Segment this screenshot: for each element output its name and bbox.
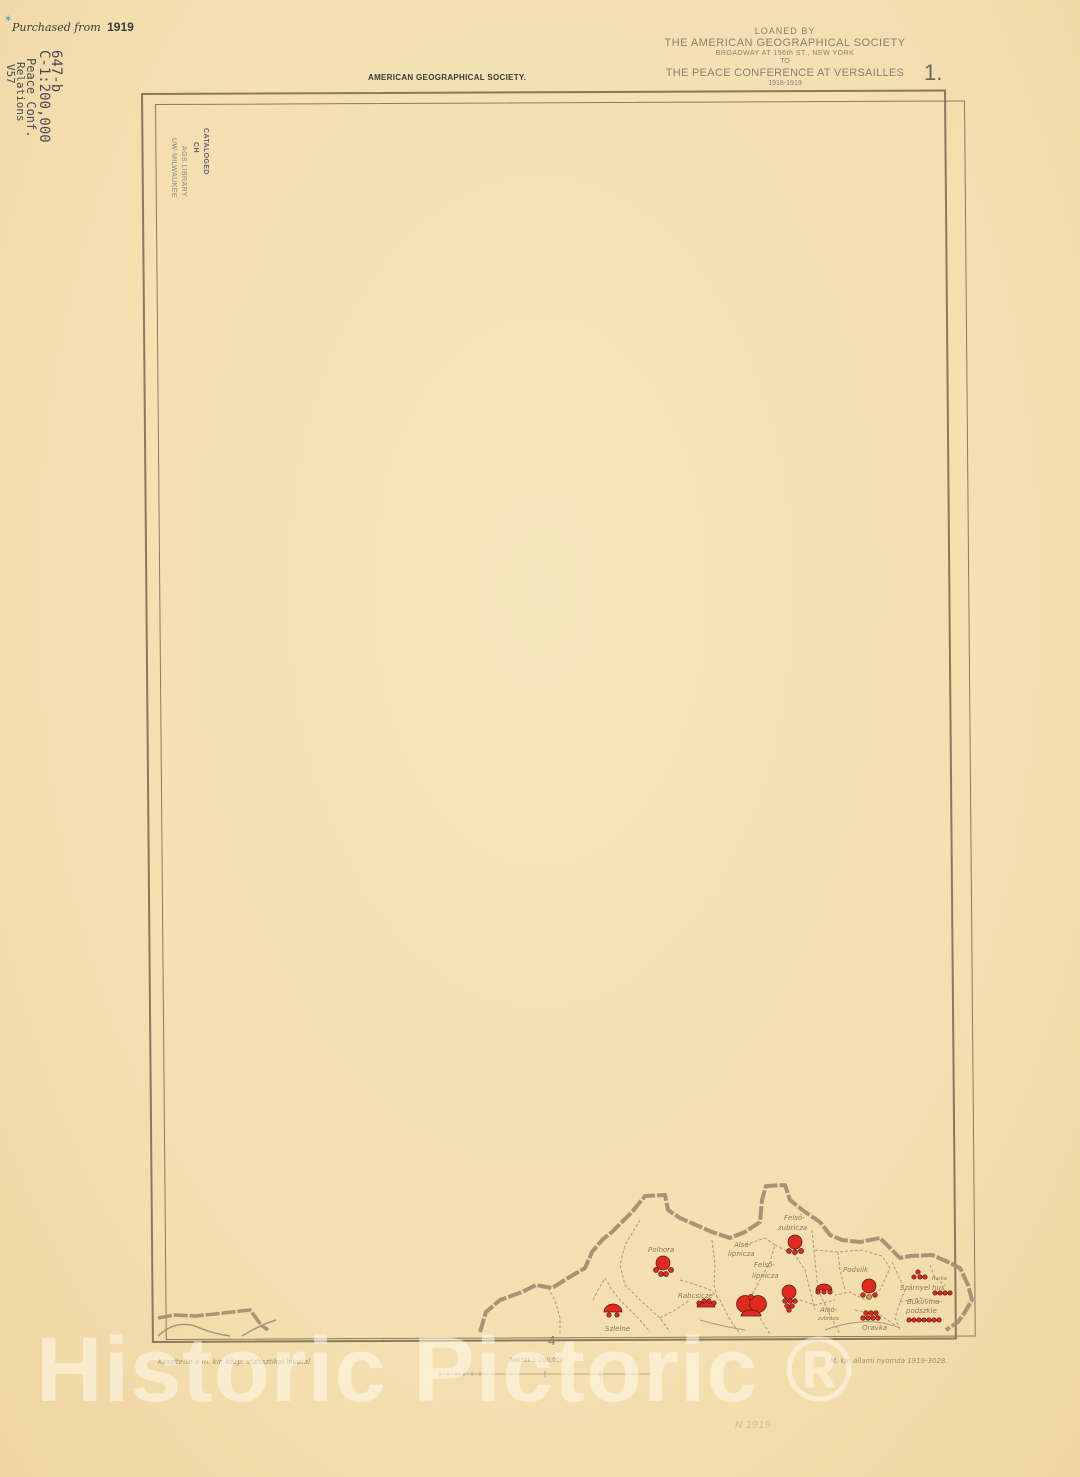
- svg-text:Oravka: Oravka: [862, 1324, 887, 1332]
- svg-text:lipnicza: lipnicza: [728, 1250, 755, 1258]
- svg-text:zubricza: zubricza: [777, 1224, 807, 1232]
- svg-text:Alsó-: Alsó-: [733, 1241, 752, 1249]
- svg-text:Harka: Harka: [932, 1276, 947, 1282]
- svg-text:Felső-: Felső-: [754, 1260, 775, 1269]
- map-region: Polhora Alsó- lipnicza Felső- zubricza F…: [0, 0, 1080, 1477]
- svg-text:Szárnyel: Szárnyel: [900, 1284, 930, 1292]
- svg-text:Alsó-: Alsó-: [819, 1306, 838, 1314]
- svg-text:Polhora: Polhora: [648, 1246, 674, 1254]
- svg-text:Felső-: Felső-: [784, 1213, 805, 1222]
- watermark: Historic Pictoric ®: [36, 1318, 854, 1423]
- svg-text:lipnicza: lipnicza: [752, 1272, 779, 1280]
- svg-text:podszkle: podszkle: [905, 1307, 937, 1315]
- svg-text:Podvilk: Podvilk: [843, 1266, 869, 1274]
- svg-text:Bukovina-: Bukovina-: [907, 1298, 942, 1306]
- svg-text:Rabcsicze: Rabcsicze: [678, 1292, 713, 1300]
- national-border: [480, 1185, 972, 1332]
- pencil-note: N 1919: [735, 1420, 771, 1431]
